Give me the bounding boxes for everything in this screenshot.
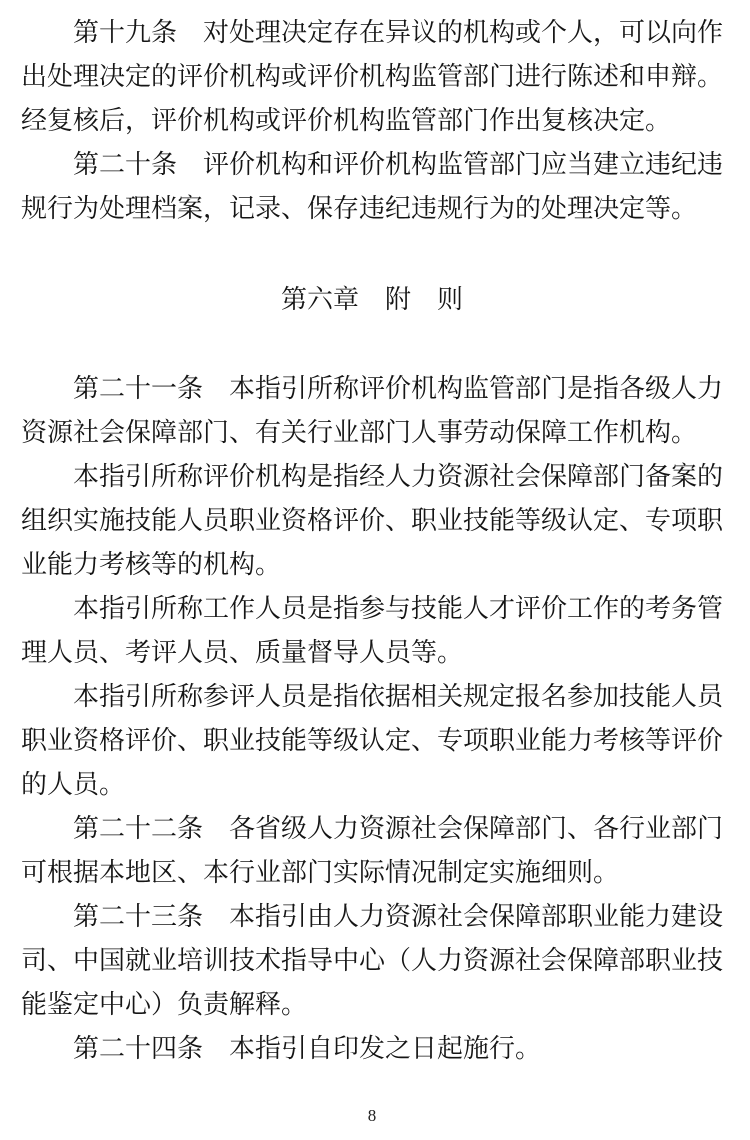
paragraph-article-23: 第二十三条 本指引由人力资源社会保障部职业能力建设司、中国就业培训技术指导中心（… <box>21 894 723 1026</box>
paragraph-article-24: 第二十四条 本指引自印发之日起施行。 <box>21 1026 723 1070</box>
paragraph-definition-participants: 本指引所称参评人员是指依据相关规定报名参加技能人员职业资格评价、职业技能等级认定… <box>21 674 723 806</box>
paragraph-article-20: 第二十条 评价机构和评价机构监管部门应当建立违纪违规行为处理档案，记录、保存违纪… <box>21 142 723 230</box>
document-page: 第十九条 对处理决定存在异议的机构或个人，可以向作出处理决定的评价机构或评价机构… <box>0 0 750 1140</box>
paragraph-article-19: 第十九条 对处理决定存在异议的机构或个人，可以向作出处理决定的评价机构或评价机构… <box>21 10 723 142</box>
chapter-heading: 第六章 附 则 <box>21 277 723 321</box>
page-number: 8 <box>21 1106 723 1126</box>
paragraph-article-21: 第二十一条 本指引所称评价机构监管部门是指各级人力资源社会保障部门、有关行业部门… <box>21 366 723 454</box>
paragraph-definition-staff: 本指引所称工作人员是指参与技能人才评价工作的考务管理人员、考评人员、质量督导人员… <box>21 586 723 674</box>
paragraph-article-22: 第二十二条 各省级人力资源社会保障部门、各行业部门可根据本地区、本行业部门实际情… <box>21 806 723 894</box>
paragraph-definition-evaluation-org: 本指引所称评价机构是指经人力资源社会保障部门备案的组织实施技能人员职业资格评价、… <box>21 454 723 586</box>
